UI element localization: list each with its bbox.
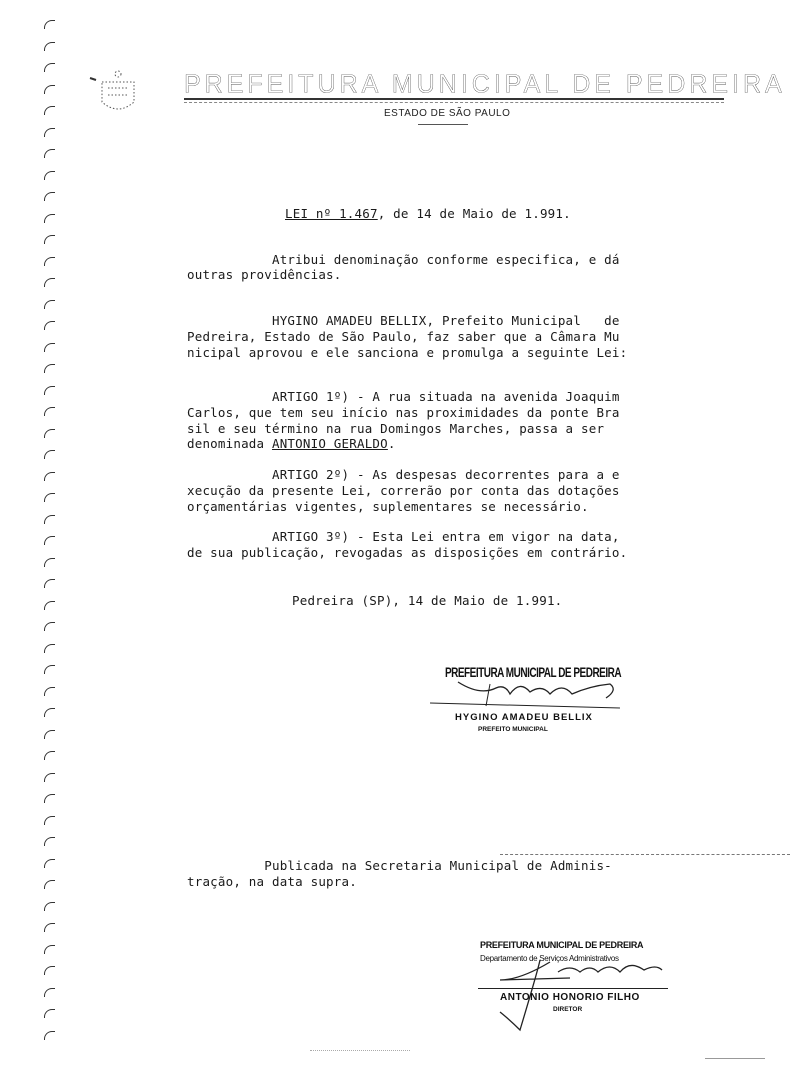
preamble-line: Pedreira, Estado de São Paulo, faz saber… [187,329,620,344]
margin-mark [44,63,55,72]
margin-mark [44,622,55,631]
margin-mark [44,450,55,459]
law-heading: LEI nº 1.467, de 14 de Maio de 1.991. [285,206,571,221]
article2-line: xecução da presente Lei, correrão por co… [187,483,620,498]
margin-mark [44,536,55,545]
margin-mark [44,923,55,932]
preamble-line: nicipal aprovou e ele sanciona e promulg… [187,345,627,360]
director-role: DIRETOR [553,1006,582,1013]
margin-mark [44,794,55,803]
director-signature-line [478,988,668,989]
summary-line: outras providências. [187,267,342,282]
margin-mark [44,751,55,760]
letterhead-rule [184,98,724,100]
mayor-name: HYGINO AMADEU BELLIX [455,712,593,723]
margin-mark [44,149,55,158]
law-date: , de 14 de Maio de 1.991. [378,206,571,221]
margin-mark [44,429,55,438]
margin-mark [44,945,55,954]
margin-mark [44,278,55,287]
margin-mark [44,386,55,395]
margin-mark [44,644,55,653]
margin-mark [44,343,55,352]
letterhead-title: PREFEITURA MUNICIPAL DE PEDREIRA [184,69,724,99]
margin-mark [44,966,55,975]
article1-period: . [388,436,396,451]
scan-artifact [310,1050,410,1051]
margin-mark [44,364,55,373]
street-name: ANTONIO GERALDO [272,436,388,451]
letterhead-subtitle: ESTADO DE SÃO PAULO [384,108,510,119]
margin-mark [44,708,55,717]
margin-mark [44,42,55,51]
place-date: Pedreira (SP), 14 de Maio de 1.991. [292,593,562,608]
article2-line: ARTIGO 2º) - As despesas decorrentes par… [187,467,620,482]
margin-mark [44,171,55,180]
margin-mark [44,902,55,911]
margin-mark [44,687,55,696]
margin-mark [44,773,55,782]
article3-line: de sua publicação, revogadas as disposiç… [187,545,627,560]
margin-mark [44,20,55,29]
director-stamp-line1: PREFEITURA MUNICIPAL DE PEDREIRA [480,940,643,950]
margin-mark [44,816,55,825]
margin-mark [44,128,55,137]
margin-mark [44,988,55,997]
margin-mark [44,321,55,330]
margin-mark [44,837,55,846]
margin-mark [44,601,55,610]
margin-mark [44,558,55,567]
mayor-signature-icon [450,676,620,716]
margin-mark [44,1031,55,1040]
margin-mark [44,859,55,868]
publication-line: Publicada na Secretaria Municipal de Adm… [187,858,612,873]
crest-icon [88,68,148,118]
margin-mark [44,665,55,674]
article1-line: ARTIGO 1º) - A rua situada na avenida Jo… [187,389,620,404]
mayor-role: PREFEITO MUNICIPAL [478,726,548,733]
margin-mark [44,1009,55,1018]
margin-mark [44,493,55,502]
article3-line: ARTIGO 3º) - Esta Lei entra em vigor na … [187,529,620,544]
article2-line: orçamentárias vigentes, suplementares se… [187,499,589,514]
margin-mark [44,472,55,481]
margin-mark [44,85,55,94]
letterhead-subtitle-rule [418,124,468,125]
summary-line: Atribui denominação conforme especifica,… [187,252,620,267]
director-name: ANTONIO HONORIO FILHO [500,992,640,1003]
preamble-line: HYGINO AMADEU BELLIX, Prefeito Municipal… [187,313,620,328]
margin-mark [44,730,55,739]
margin-mark [44,214,55,223]
margin-mark [44,515,55,524]
margin-mark [44,192,55,201]
article1-line: sil e seu término na rua Domingos Marche… [187,421,604,436]
margin-mark [44,880,55,889]
law-number: LEI nº 1.467 [285,206,378,221]
article1-line: Carlos, que tem seu início nas proximida… [187,405,620,420]
margin-mark [44,106,55,115]
publication-rule [500,854,790,855]
article1-line: denominada ANTONIO GERALDO. [187,436,396,451]
margin-mark [44,235,55,244]
margin-mark [44,300,55,309]
margin-mark [44,579,55,588]
article1-text: denominada [187,436,272,451]
margin-mark [44,407,55,416]
margin-mark [44,257,55,266]
publication-line: tração, na data supra. [187,874,357,889]
scan-artifact [705,1058,765,1059]
letterhead-rule-secondary [184,102,724,103]
